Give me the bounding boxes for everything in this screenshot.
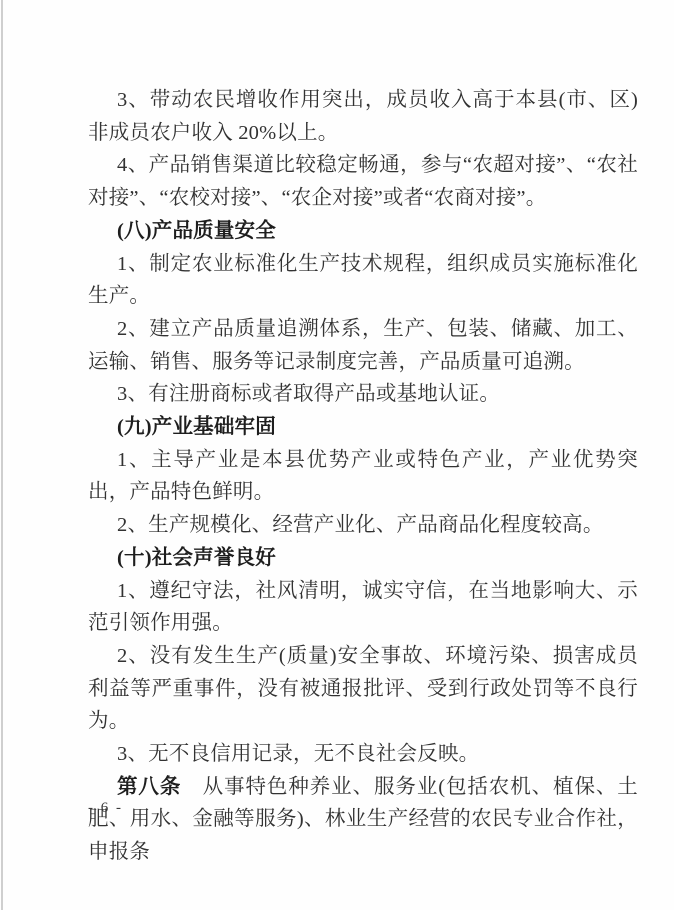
paragraph: 3、有注册商标或者取得产品或基地认证。: [88, 378, 638, 411]
paragraph: 3、带动农民增收作用突出，成员收入高于本县(市、区)非成员农户收入 20%以上。: [88, 84, 638, 149]
article-number-label: 第八条: [117, 775, 181, 798]
section-heading: (八)产品质量安全: [88, 215, 638, 248]
paragraph: 2、建立产品质量追溯体系，生产、包装、储藏、加工、运输、销售、服务等记录制度完善…: [88, 313, 638, 378]
paragraph: 2、没有发生生产(质量)安全事故、环境污染、损害成员利益等严重事件，没有被通报批…: [88, 640, 638, 738]
paragraph: 4、产品销售渠道比较稳定畅通，参与“农超对接”、“农社对接”、“农校对接”、“农…: [88, 149, 638, 214]
paragraph: 1、遵纪守法，社风清明，诚实守信，在当地影响大、示范引领作用强。: [88, 575, 638, 640]
document-body: 3、带动农民增收作用突出，成员收入高于本县(市、区)非成员农户收入 20%以上。…: [88, 84, 638, 869]
section-heading: (十)社会声誉良好: [88, 542, 638, 575]
paragraph: 1、主导产业是本县优势产业或特色产业，产业优势突出，产品特色鲜明。: [88, 444, 638, 509]
page-number: - 6 -: [88, 800, 123, 817]
document-page: 3、带动农民增收作用突出，成员收入高于本县(市、区)非成员农户收入 20%以上。…: [0, 0, 674, 910]
paragraph: 第八条 从事特色种养业、服务业(包括农机、植保、土肥、用水、金融等服务)、林业生…: [88, 771, 638, 869]
page-left-edge: [1, 0, 3, 910]
paragraph: 2、生产规模化、经营产业化、产品商品化程度较高。: [88, 509, 638, 542]
paragraph: 1、制定农业标准化生产技术规程，组织成员实施标准化生产。: [88, 248, 638, 313]
paragraph: 3、无不良信用记录，无不良社会反映。: [88, 738, 638, 771]
section-heading: (九)产业基础牢固: [88, 411, 638, 444]
